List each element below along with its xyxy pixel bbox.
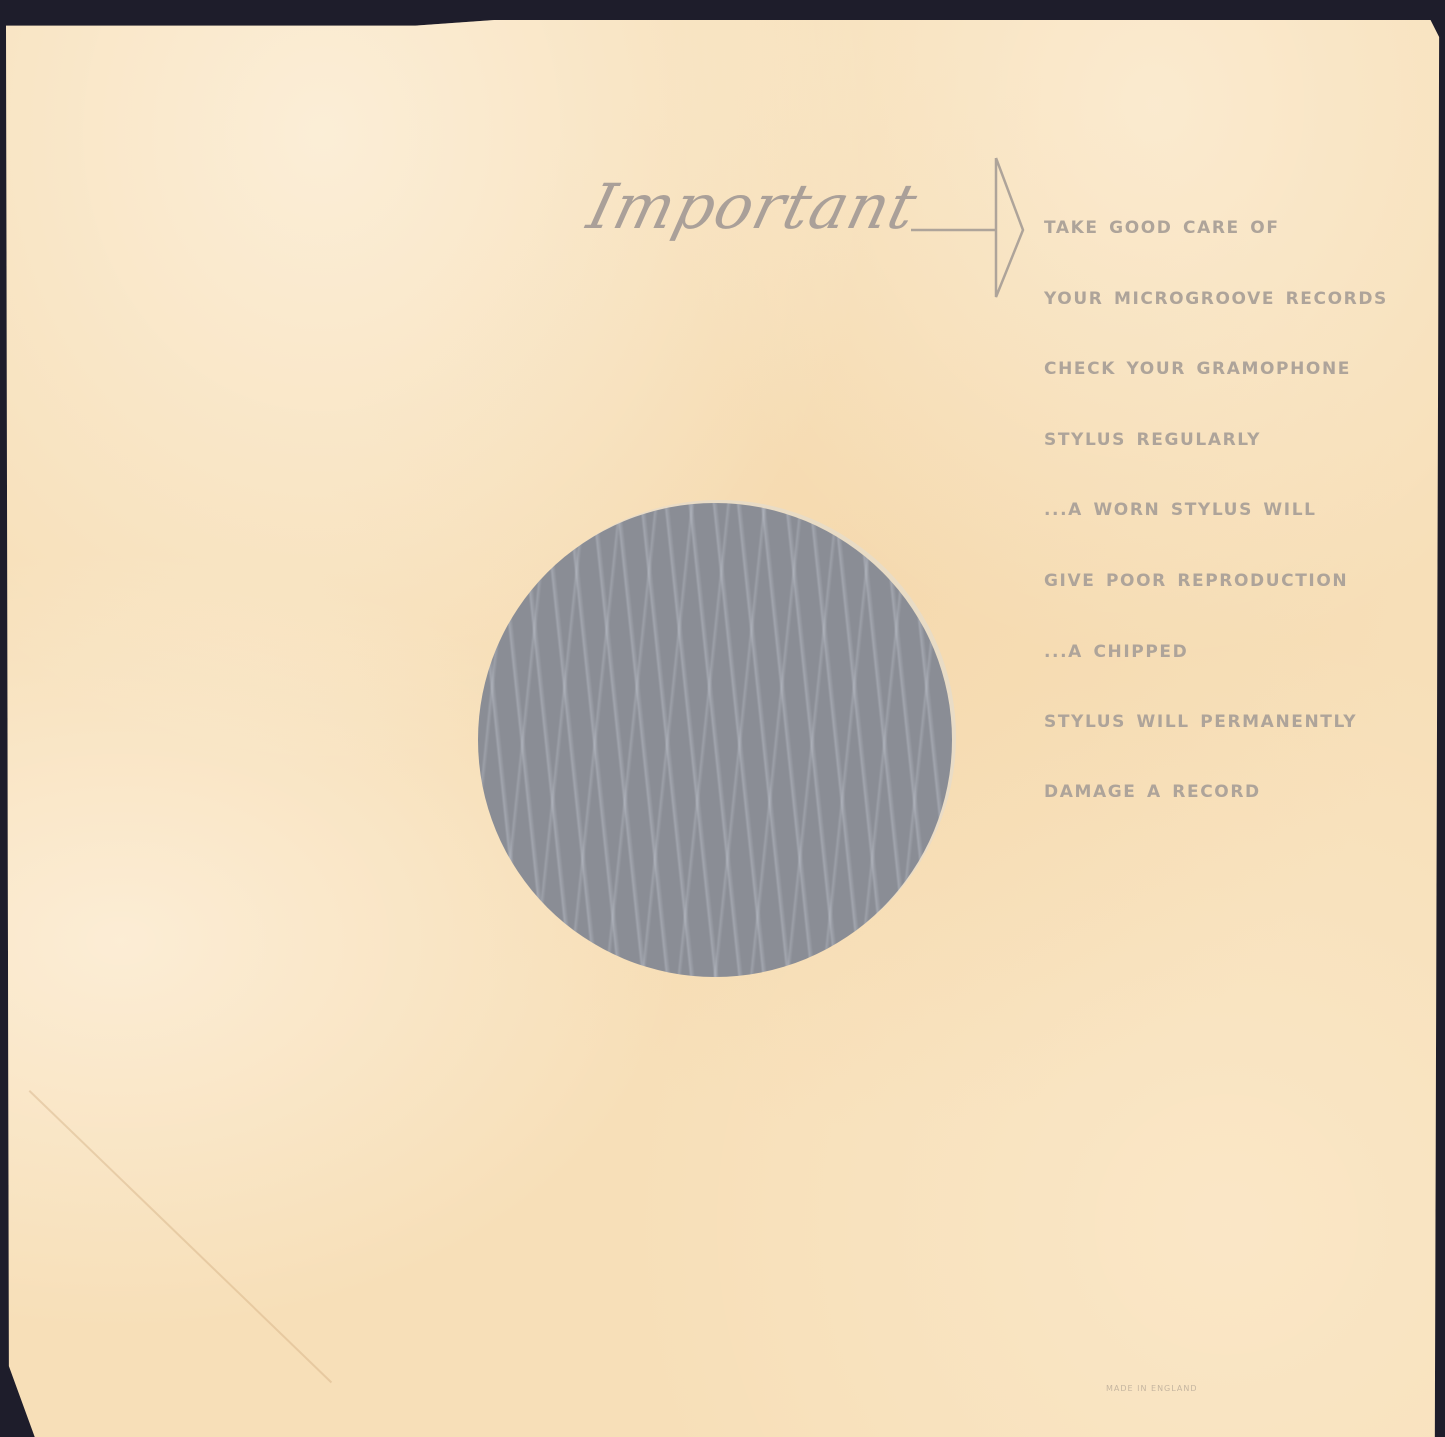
care-line: STYLUS REGULARLY <box>1044 430 1261 450</box>
care-line: ...A WORN STYLUS WILL <box>1044 500 1317 520</box>
care-line: TAKE GOOD CARE OF <box>1044 218 1280 238</box>
care-line: YOUR MICROGROOVE RECORDS <box>1044 289 1388 309</box>
care-line: DAMAGE A RECORD <box>1044 782 1261 802</box>
center-hole-record-label <box>478 503 952 977</box>
care-line: CHECK YOUR GRAMOPHONE <box>1044 359 1351 379</box>
care-line: GIVE POOR REPRODUCTION <box>1044 571 1348 591</box>
important-heading: Important <box>581 170 925 243</box>
care-line: STYLUS WILL PERMANENTLY <box>1044 712 1357 732</box>
care-line: ...A CHIPPED <box>1044 642 1188 662</box>
made-in-england-mark: MADE IN ENGLAND <box>1106 1384 1198 1393</box>
arrow-right-icon <box>905 155 1035 305</box>
